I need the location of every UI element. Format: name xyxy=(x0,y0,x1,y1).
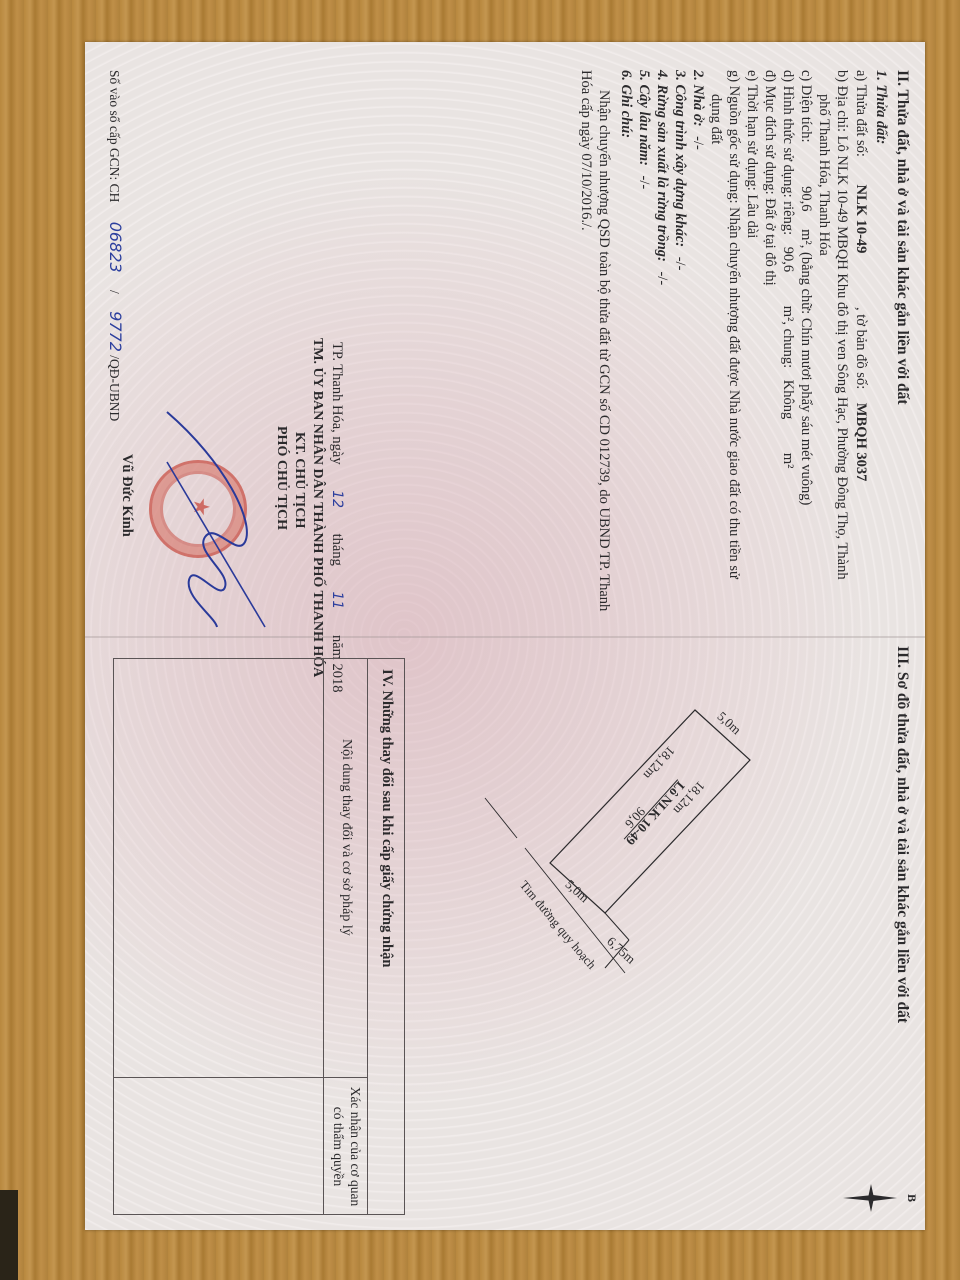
perennial-label: 5. Cây lâu năm: xyxy=(636,70,652,166)
issuing-org: TM. ỦY BAN NHÂN DÂN THÀNH PHỐ THANH HÓA xyxy=(309,338,325,677)
registry-label: Số vào sổ cấp GCN: CH xyxy=(107,70,122,202)
perennial-row: 5. Cây lâu năm: -/- xyxy=(635,70,652,189)
area-value: 90,6 xyxy=(798,186,814,211)
date-month: 11 xyxy=(329,592,345,610)
changes-table-title-row: IV. Những thay đổi sau khi cấp giấy chứn… xyxy=(367,659,404,1214)
usage-shared: Không xyxy=(780,380,796,419)
registry-suffix: /QĐ-UBND xyxy=(107,355,122,421)
usage-shared-label: m², chung: xyxy=(780,306,796,368)
registry-row: Số vào sổ cấp GCN: CH 06823 / 9772 /QĐ-U… xyxy=(106,70,125,421)
address-line2: phố Thanh Hóa, Thanh Hóa xyxy=(815,94,832,256)
house-row: 2. Nhà ở: -/- xyxy=(689,70,706,150)
forest-row: 4. Rừng sản xuất là rừng trồng: -/- xyxy=(653,70,670,285)
certificate-page: II. Thửa đất, nhà ở và tài sản khác gắn … xyxy=(85,42,925,1230)
house-label: 2. Nhà ở: xyxy=(690,70,706,127)
parcel-row: a) Thửa đất số: NLK 10-49 , tờ bản đồ số… xyxy=(852,70,869,481)
registry-decision: 9772 xyxy=(106,311,125,352)
notes-line2: Hóa cấp ngày 07/10/2016./. xyxy=(577,70,594,231)
changes-table: IV. Những thay đổi sau khi cấp giấy chứn… xyxy=(113,658,405,1215)
address-label: b) Địa chỉ: xyxy=(834,70,850,132)
registry-number: 06823 xyxy=(106,222,125,273)
parcel-label: a) Thửa đất số: xyxy=(853,70,869,157)
forest-value: -/- xyxy=(654,271,670,285)
month-label: tháng xyxy=(329,534,345,566)
parcel-number: NLK 10-49 xyxy=(853,185,869,254)
usage-private: 90,6 xyxy=(780,247,796,272)
signature-mark xyxy=(165,402,285,632)
north-arrow: B xyxy=(830,1178,905,1218)
usage-shared-unit: m² xyxy=(780,453,796,469)
usage-form-label: d) Hình thức sử dụng: riêng: xyxy=(780,70,796,235)
term-row: e) Thời hạn sử dụng: Lâu dài xyxy=(743,70,760,238)
area-label: c) Diện tích: xyxy=(798,70,814,142)
address-row: b) Địa chỉ: Lô NLK 10-49 MBQH Khu đô thị… xyxy=(833,70,850,580)
date-day: 12 xyxy=(329,490,345,508)
date-prefix: TP. Thanh Hóa, ngày xyxy=(329,342,345,465)
section-ii: II. Thửa đất, nhà ở và tài sản khác gắn … xyxy=(85,42,925,636)
parcel-diagram xyxy=(425,638,925,1230)
usage-form-row: d) Hình thức sử dụng: riêng: 90,6 m², ch… xyxy=(779,70,796,468)
certificate-paper: II. Thửa đất, nhà ở và tài sản khác gắn … xyxy=(85,42,925,1230)
origin-line1: g) Nguồn gốc sử dụng: Nhận chuyển nhượng… xyxy=(725,70,742,579)
map-sheet-number: MBQH 3037 xyxy=(853,403,869,482)
other-construction-row: 3. Công trình xây dựng khác: -/- xyxy=(671,70,688,270)
section-iii-iv: III. Sơ đồ thửa đất, nhà ở và tài sản kh… xyxy=(85,638,925,1230)
forest-label: 4. Rừng sản xuất là rừng trồng: xyxy=(654,70,670,262)
section-ii-title: II. Thửa đất, nhà ở và tài sản khác gắn … xyxy=(893,70,911,405)
col-confirmation-header: Xác nhận của cơ quan có thẩm quyền xyxy=(330,1079,364,1214)
signer-name: Vũ Đức Kính xyxy=(118,454,135,537)
registry-separator: / xyxy=(107,290,122,294)
address-line1: Lô NLK 10-49 MBQH Khu đô thị ven Sông Hạ… xyxy=(834,136,850,580)
other-construction-label: 3. Công trình xây dựng khác: xyxy=(672,70,688,247)
table-column-divider xyxy=(114,1077,368,1078)
col-changes-header: Nội dung thay đổi và cơ sở pháp lý xyxy=(338,739,354,936)
perennial-value: -/- xyxy=(636,176,652,190)
origin-line2: dụng đất xyxy=(707,94,724,144)
land-heading: 1. Thửa đất: xyxy=(872,70,889,144)
purpose-row: đ) Mục đích sử dụng: Đất ở tại đô thị xyxy=(761,70,778,286)
area-words: m², (bằng chữ: Chín mươi phẩy sáu mét vu… xyxy=(798,229,814,505)
notes-line1: Nhận chuyển nhượng QSD toàn bộ thửa đất … xyxy=(595,90,612,611)
other-construction-value: -/- xyxy=(672,257,688,271)
kt-chairman: KT. CHỦ TỊCH xyxy=(291,432,307,528)
table-shadow xyxy=(0,1190,18,1280)
notes-heading: 6. Ghi chú: xyxy=(617,70,634,138)
compass-icon xyxy=(835,1178,905,1218)
section-iv-title: IV. Những thay đổi sau khi cấp giấy chứn… xyxy=(378,669,395,967)
north-label: B xyxy=(904,1194,919,1202)
area-row: c) Diện tích: 90,6 m², (bằng chữ: Chín m… xyxy=(797,70,814,505)
map-sheet-label: , tờ bản đồ số: xyxy=(853,307,869,389)
house-value: -/- xyxy=(690,136,706,150)
